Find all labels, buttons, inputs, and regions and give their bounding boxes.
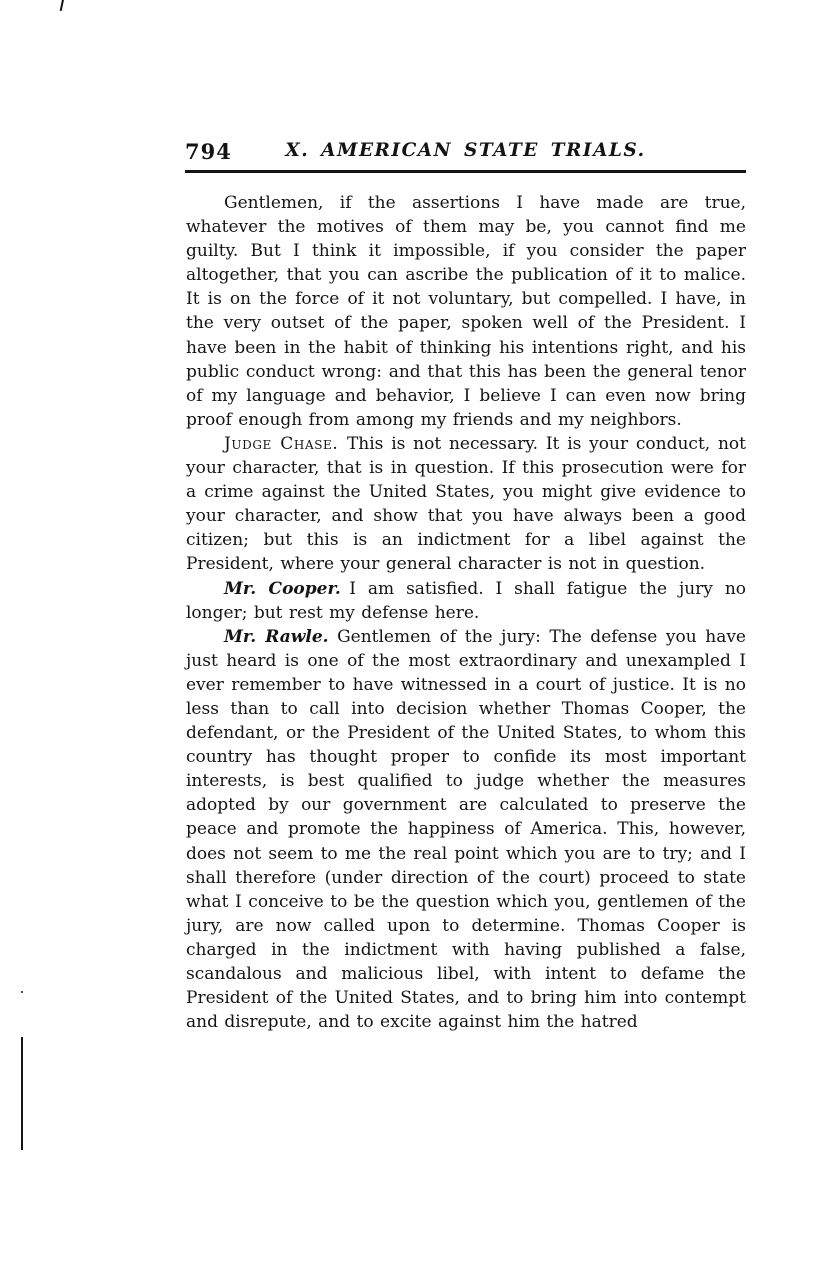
paragraph: Mr. Cooper. I am satisfied. I shall fati… bbox=[186, 577, 746, 625]
page-header: 794 X. AMERICAN STATE TRIALS. bbox=[185, 139, 746, 165]
speaker-name: Judge Chase. bbox=[224, 434, 338, 454]
paragraph: Gentlemen, if the assertions I have made… bbox=[186, 191, 746, 432]
running-title: X. AMERICAN STATE TRIALS. bbox=[185, 140, 746, 161]
book-page: 794 X. AMERICAN STATE TRIALS. Gentlemen,… bbox=[0, 0, 836, 1284]
header-rule bbox=[185, 170, 746, 173]
speaker-name: Mr. Cooper. bbox=[224, 579, 341, 599]
paragraph: Mr. Rawle. Gentlemen of the jury: The de… bbox=[186, 625, 746, 1035]
speaker-name: Mr. Rawle. bbox=[224, 627, 329, 647]
paragraph: Judge Chase. This is not necessary. It i… bbox=[186, 432, 746, 577]
scan-artifact-left-line bbox=[21, 1037, 23, 1150]
scan-artifact-dot bbox=[21, 991, 23, 993]
page-body: Gentlemen, if the assertions I have made… bbox=[186, 191, 746, 1034]
scan-artifact-corner-mark bbox=[60, 0, 65, 11]
